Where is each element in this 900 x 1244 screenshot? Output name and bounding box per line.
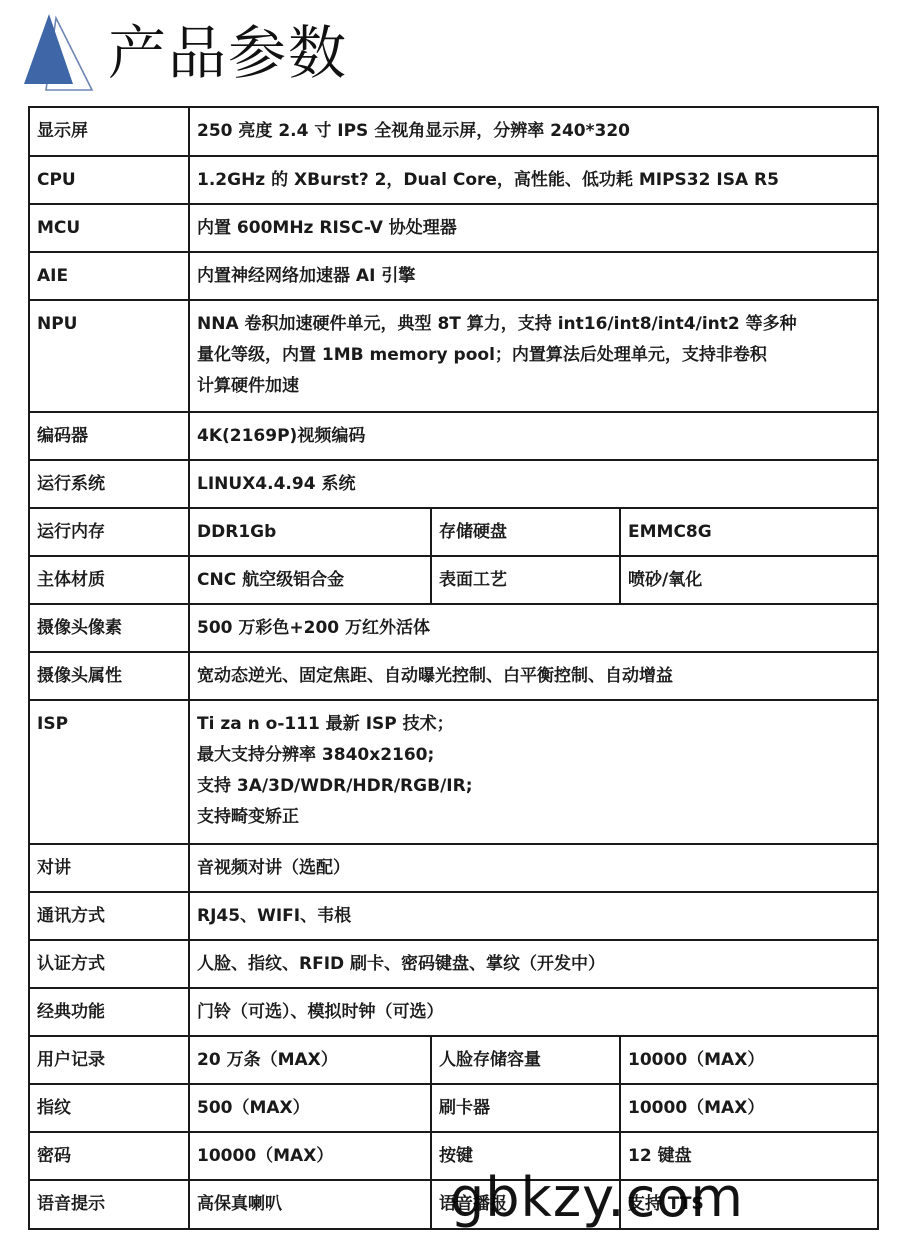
- spec-label-secondary: 语音播报: [431, 1180, 620, 1229]
- spec-label: 运行系统: [29, 460, 189, 508]
- table-row: NPUNNA 卷积加速硬件单元，典型 8T 算力，支持 int16/int8/i…: [29, 300, 878, 412]
- table-row: 编码器4K(2169P)视频编码: [29, 412, 878, 460]
- spec-label: 密码: [29, 1132, 189, 1180]
- spec-value: 1.2GHz 的 XBurst? 2，Dual Core，高性能、低功耗 MIP…: [189, 156, 878, 204]
- spec-value-line: 支持 3A/3D/WDR/HDR/RGB/IR;: [197, 771, 870, 802]
- table-row: 语音提示高保真喇叭语音播报支持 TTS: [29, 1180, 878, 1229]
- spec-label: 用户记录: [29, 1036, 189, 1084]
- spec-label: 摄像头像素: [29, 604, 189, 652]
- table-row: 摄像头属性宽动态逆光、固定焦距、自动曝光控制、白平衡控制、自动增益: [29, 652, 878, 700]
- spec-value: 250 亮度 2.4 寸 IPS 全视角显示屏，分辨率 240*320: [189, 107, 878, 156]
- spec-value-line: 支持畸变矫正: [197, 802, 870, 833]
- spec-value-secondary: 10000（MAX）: [620, 1036, 878, 1084]
- spec-value: 4K(2169P)视频编码: [189, 412, 878, 460]
- triangle-logo-icon: [22, 12, 94, 92]
- spec-label: 编码器: [29, 412, 189, 460]
- page-title: 产品参数: [108, 18, 348, 88]
- spec-label-secondary: 按键: [431, 1132, 620, 1180]
- spec-value: RJ45、WIFI、韦根: [189, 892, 878, 940]
- spec-value: 10000（MAX）: [189, 1132, 431, 1180]
- spec-value: 音视频对讲（选配）: [189, 844, 878, 892]
- table-row: 通讯方式RJ45、WIFI、韦根: [29, 892, 878, 940]
- spec-value: 内置神经网络加速器 AI 引擎: [189, 252, 878, 300]
- spec-label: 主体材质: [29, 556, 189, 604]
- spec-value-line: 最大支持分辨率 3840x2160;: [197, 740, 870, 771]
- table-row: 显示屏250 亮度 2.4 寸 IPS 全视角显示屏，分辨率 240*320: [29, 107, 878, 156]
- spec-label: ISP: [29, 700, 189, 844]
- spec-value: DDR1Gb: [189, 508, 431, 556]
- spec-value-secondary: 10000（MAX）: [620, 1084, 878, 1132]
- table-row: 运行系统LINUX4.4.94 系统: [29, 460, 878, 508]
- spec-label: 指纹: [29, 1084, 189, 1132]
- spec-value: 20 万条（MAX）: [189, 1036, 431, 1084]
- spec-value: LINUX4.4.94 系统: [189, 460, 878, 508]
- table-row: AIE内置神经网络加速器 AI 引擎: [29, 252, 878, 300]
- spec-value-line: 计算硬件加速: [197, 371, 870, 402]
- spec-value-secondary: 支持 TTS: [620, 1180, 878, 1229]
- spec-label: CPU: [29, 156, 189, 204]
- table-row: 指纹500（MAX）刷卡器10000（MAX）: [29, 1084, 878, 1132]
- table-row: 认证方式人脸、指纹、RFID 刷卡、密码键盘、掌纹（开发中）: [29, 940, 878, 988]
- spec-value: 内置 600MHz RISC-V 协处理器: [189, 204, 878, 252]
- spec-value-line: 量化等级，内置 1MB memory pool；内置算法后处理单元，支持非卷积: [197, 340, 870, 371]
- spec-label: 对讲: [29, 844, 189, 892]
- spec-value: 500（MAX）: [189, 1084, 431, 1132]
- table-row: CPU1.2GHz 的 XBurst? 2，Dual Core，高性能、低功耗 …: [29, 156, 878, 204]
- spec-label: 显示屏: [29, 107, 189, 156]
- spec-value: 高保真喇叭: [189, 1180, 431, 1229]
- spec-label: 通讯方式: [29, 892, 189, 940]
- spec-label: AIE: [29, 252, 189, 300]
- spec-label: 摄像头属性: [29, 652, 189, 700]
- table-row: ISPTi za n o-111 最新 ISP 技术；最大支持分辨率 3840x…: [29, 700, 878, 844]
- table-row: 经典功能门铃（可选）、模拟时钟（可选）: [29, 988, 878, 1036]
- spec-value-secondary: 12 键盘: [620, 1132, 878, 1180]
- spec-value-secondary: 喷砂/氧化: [620, 556, 878, 604]
- table-row: 运行内存DDR1Gb存储硬盘EMMC8G: [29, 508, 878, 556]
- spec-label: 语音提示: [29, 1180, 189, 1229]
- table-row: MCU内置 600MHz RISC-V 协处理器: [29, 204, 878, 252]
- spec-label-secondary: 存储硬盘: [431, 508, 620, 556]
- table-row: 对讲音视频对讲（选配）: [29, 844, 878, 892]
- table-row: 密码10000（MAX）按键12 键盘: [29, 1132, 878, 1180]
- spec-value: 宽动态逆光、固定焦距、自动曝光控制、白平衡控制、自动增益: [189, 652, 878, 700]
- spec-value-line: Ti za n o-111 最新 ISP 技术；: [197, 709, 870, 740]
- page-header: 产品参数: [0, 0, 900, 106]
- spec-value-line: NNA 卷积加速硬件单元，典型 8T 算力，支持 int16/int8/int4…: [197, 309, 870, 340]
- spec-table: 显示屏250 亮度 2.4 寸 IPS 全视角显示屏，分辨率 240*320CP…: [28, 106, 879, 1230]
- spec-value: 500 万彩色+200 万红外活体: [189, 604, 878, 652]
- spec-value: 门铃（可选）、模拟时钟（可选）: [189, 988, 878, 1036]
- spec-value: Ti za n o-111 最新 ISP 技术；最大支持分辨率 3840x216…: [189, 700, 878, 844]
- spec-value: CNC 航空级铝合金: [189, 556, 431, 604]
- spec-label: 运行内存: [29, 508, 189, 556]
- table-row: 主体材质CNC 航空级铝合金表面工艺喷砂/氧化: [29, 556, 878, 604]
- spec-label: 经典功能: [29, 988, 189, 1036]
- spec-value: 人脸、指纹、RFID 刷卡、密码键盘、掌纹（开发中）: [189, 940, 878, 988]
- spec-label: NPU: [29, 300, 189, 412]
- table-row: 摄像头像素500 万彩色+200 万红外活体: [29, 604, 878, 652]
- spec-label-secondary: 表面工艺: [431, 556, 620, 604]
- spec-label: MCU: [29, 204, 189, 252]
- spec-value: NNA 卷积加速硬件单元，典型 8T 算力，支持 int16/int8/int4…: [189, 300, 878, 412]
- spec-label-secondary: 人脸存储容量: [431, 1036, 620, 1084]
- table-row: 用户记录20 万条（MAX）人脸存储容量10000（MAX）: [29, 1036, 878, 1084]
- spec-value-secondary: EMMC8G: [620, 508, 878, 556]
- spec-label-secondary: 刷卡器: [431, 1084, 620, 1132]
- spec-label: 认证方式: [29, 940, 189, 988]
